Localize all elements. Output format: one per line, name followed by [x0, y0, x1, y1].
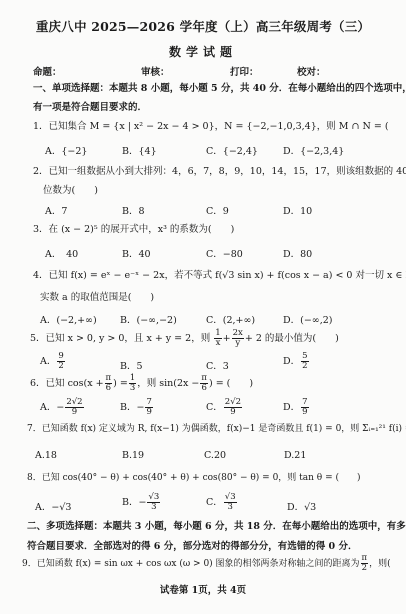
q7-option-c: C.20	[204, 450, 226, 461]
q3-option-a: A． 40	[45, 246, 78, 260]
q8-option-d: D．√3	[287, 499, 316, 513]
q8-option-b: B．−√33	[122, 493, 161, 512]
q1-option-c: C．{−2,4}	[206, 143, 258, 157]
q1-option-d: D．{−2,3,4}	[283, 143, 344, 157]
exam-page: 重庆八中 2025—2026 学年度（上）高三年级周考（三） 数学试题 命题： …	[0, 0, 406, 614]
question-3: 3．在 (x − 2)⁵ 的展开式中，x³ 的系数为( )	[33, 223, 234, 236]
q2-option-d: D．10	[283, 203, 312, 217]
q5-option-d: D．52	[283, 352, 310, 371]
page-footer: 试卷第 1页，共 4页	[0, 582, 406, 596]
question-number: 2．	[33, 166, 49, 177]
section1-heading-cont: 有一项是符合题目要求的．	[33, 101, 147, 114]
question-number: 3．	[33, 224, 49, 235]
q8-option-a: A．−√3	[35, 499, 71, 513]
question-stem: 已知 f(x) = eˣ − e⁻ˣ − 2x，若不等式 f(√3 sin x)…	[49, 270, 406, 281]
question-stem: 已知集合 M = {x | x² − 2x − 4 > 0}，N = {−2,−…	[49, 121, 406, 132]
question-9: 9．已知函数 f(x) = sin ωx + cos ωx (ω > 0) 图象…	[22, 553, 406, 575]
question-2-cont: 位数为( )	[43, 184, 98, 197]
q5-option-a: A．92	[40, 352, 66, 371]
question-stem: 已知 cos(40° − θ) + cos(40° + θ) + cos(80°…	[42, 473, 361, 483]
q4-option-c: C．(2,+∞)	[206, 312, 255, 326]
q5-option-b: B．5	[120, 358, 143, 372]
q3-option-d: D．80	[283, 246, 312, 260]
q1-option-a: A．{−2}	[45, 143, 87, 157]
meta-proofreader: 校对：	[297, 64, 326, 78]
q4-option-a: A．(−2,+∞)	[40, 312, 97, 326]
question-6: 6．已知 cos(x +π6) =13，则 sin(2x −π6) = ( )	[30, 373, 253, 395]
fraction: 1x	[214, 329, 221, 348]
question-stem: 已知一组数据从小到大排列：4，6，7，8，9，10，14，15，17，则该组数据…	[49, 166, 406, 177]
q4-option-d: D．(−∞,2)	[283, 312, 332, 326]
q5-option-c: C．3	[206, 358, 229, 372]
question-stem: 已知函数 f(x) 定义域为 R, f(x−1) 为偶函数，f(x)−1 是奇函…	[42, 424, 406, 434]
exam-subtitle: 数学试题	[0, 43, 406, 60]
q3-option-b: B．40	[122, 246, 151, 260]
question-stem: 在 (x − 2)⁵ 的展开式中，x³ 的系数为( )	[49, 224, 235, 235]
question-4-cont: 实数 a 的取值范围是( )	[40, 291, 154, 304]
q7-option-b: B.19	[122, 450, 144, 461]
question-number: 4．	[33, 270, 49, 281]
q2-option-b: B．8	[122, 203, 145, 217]
question-number: 8．	[27, 473, 42, 483]
q6-option-a: A．−2√29	[40, 398, 85, 417]
q7-option-a: A.18	[35, 450, 57, 461]
q6-option-c: C．2√29	[206, 398, 243, 417]
fraction: 2xy	[232, 329, 244, 348]
q1-option-b: B．{4}	[122, 143, 157, 157]
meta-reviewer: 审核：	[141, 64, 170, 78]
exam-title: 重庆八中 2025—2026 学年度（上）高三年级周考（三）	[0, 17, 406, 35]
question-4: 4．已知 f(x) = eˣ − e⁻ˣ − 2x，若不等式 f(√3 sin …	[33, 269, 406, 282]
q7-option-d: D.21	[284, 450, 306, 461]
q2-option-c: C．9	[206, 203, 229, 217]
question-number: 1．	[33, 121, 49, 132]
question-2: 2．已知一组数据从小到大排列：4，6，7，8，9，10，14，15，17，则该组…	[33, 165, 406, 178]
question-7: 7．已知函数 f(x) 定义域为 R, f(x−1) 为偶函数，f(x)−1 是…	[27, 423, 406, 436]
meta-printer: 打印：	[230, 64, 259, 78]
question-number: 5．	[30, 333, 46, 344]
meta-author: 命题：	[33, 64, 62, 78]
q2-option-a: A．7	[45, 203, 67, 217]
q3-option-c: C．−80	[206, 246, 243, 260]
q6-option-d: D．79	[283, 398, 310, 417]
q6-option-b: B．−79	[120, 398, 154, 417]
question-1: 1．已知集合 M = {x | x² − 2x − 4 > 0}，N = {−2…	[33, 120, 406, 133]
question-number: 9．	[22, 559, 37, 569]
section2-heading-cont: 符合题目要求．全部选对的得 6 分，部分选对的得部分分，有选错的得 0 分．	[27, 540, 357, 553]
q8-option-c: C．√33	[206, 493, 238, 512]
question-5: 5．已知 x > 0, y > 0，且 x + y = 2，则 1x+2xy+ …	[30, 328, 339, 350]
section2-heading: 二、多项选择题：本题共 3 小题，每小题 6 分，共 18 分．在每小题给出的选…	[27, 520, 406, 533]
question-number: 7．	[27, 424, 42, 434]
section1-heading: 一、单项选择题：本题共 8 小题，每小题 5 分，共 40 分．在每小题给出的四…	[33, 82, 406, 95]
question-8: 8．已知 cos(40° − θ) + cos(40° + θ) + cos(8…	[27, 472, 361, 485]
q4-option-b: B．(−∞,−2)	[120, 312, 177, 326]
question-number: 6．	[30, 378, 46, 389]
